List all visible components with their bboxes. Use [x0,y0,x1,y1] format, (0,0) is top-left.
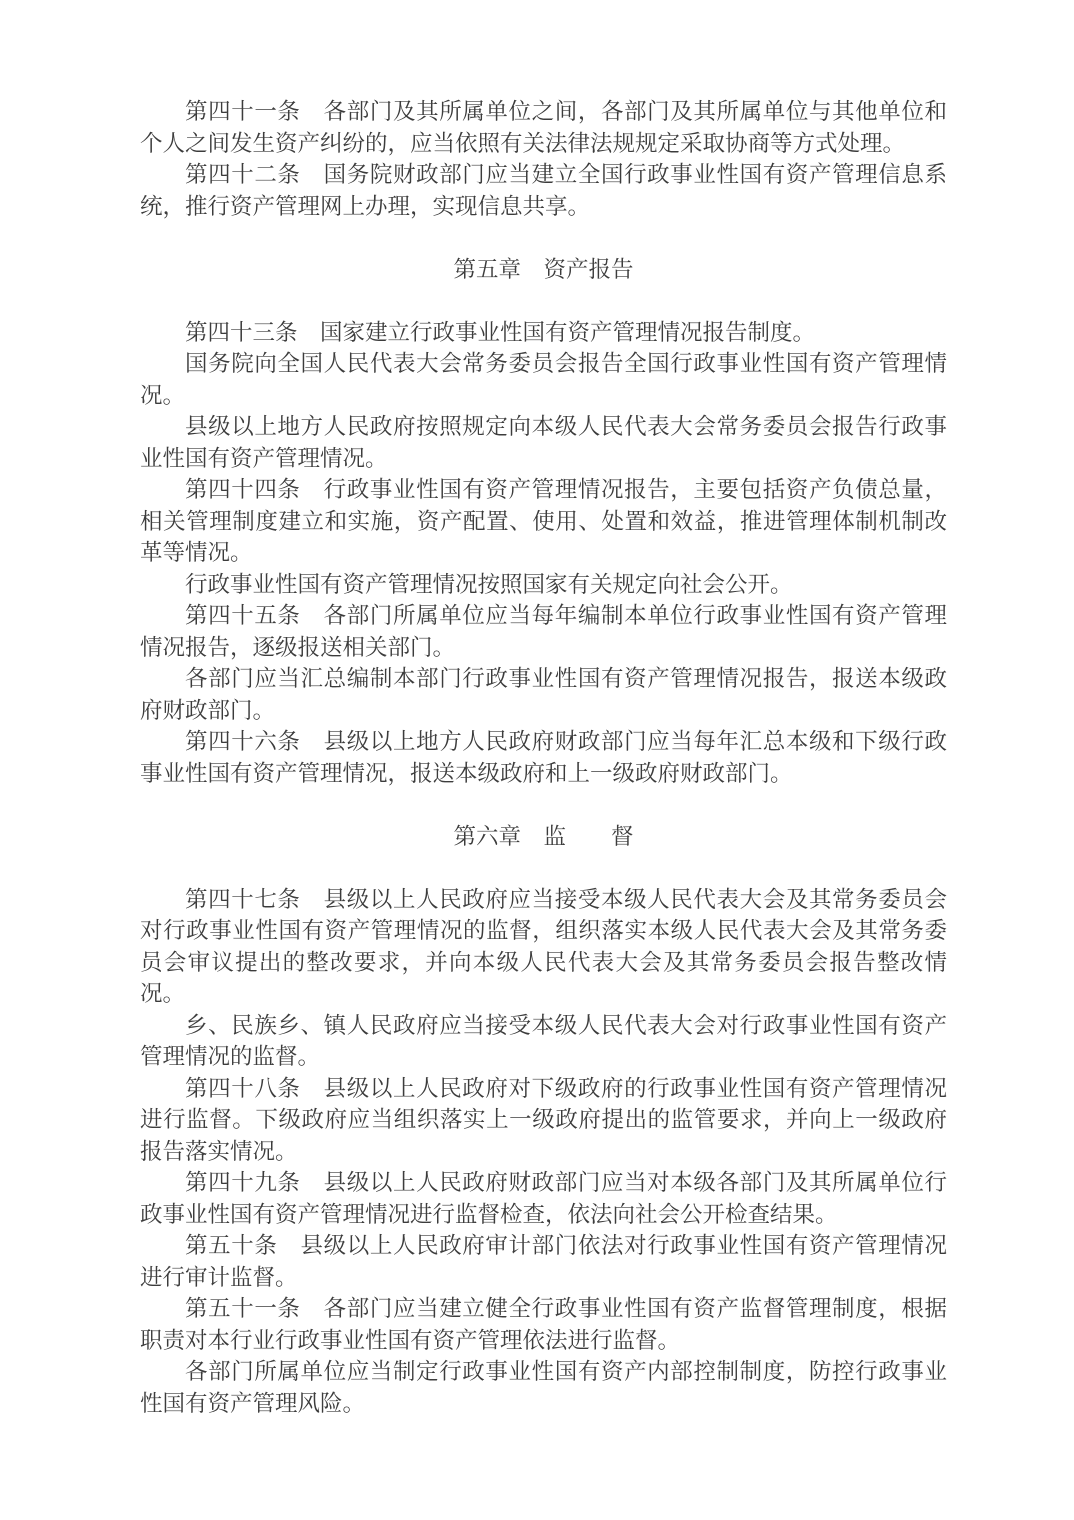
article-47-paragraph-2: 乡、民族乡、镇人民政府应当接受本级人民代表大会对行政事业性国有资产管理情况的监督… [140,1010,947,1073]
article-41-paragraph: 第四十一条 各部门及其所属单位之间，各部门及其所属单位与其他单位和个人之间发生资… [140,96,947,159]
article-46-paragraph: 第四十六条 县级以上地方人民政府财政部门应当每年汇总本级和下级行政事业性国有资产… [140,726,947,789]
article-45-paragraph: 第四十五条 各部门所属单位应当每年编制本单位行政事业性国有资产管理情况报告，逐级… [140,600,947,663]
article-43-paragraph: 第四十三条 国家建立行政事业性国有资产管理情况报告制度。 [140,317,947,349]
chapter-6-heading: 第六章 监 督 [140,821,947,853]
article-43-paragraph-3: 县级以上地方人民政府按照规定向本级人民代表大会常务委员会报告行政事业性国有资产管… [140,411,947,474]
article-44-paragraph: 第四十四条 行政事业性国有资产管理情况报告，主要包括资产负债总量，相关管理制度建… [140,474,947,569]
article-51-paragraph: 第五十一条 各部门应当建立健全行政事业性国有资产监督管理制度，根据职责对本行业行… [140,1293,947,1356]
document-page: 第四十一条 各部门及其所属单位之间，各部门及其所属单位与其他单位和个人之间发生资… [0,0,1074,1520]
article-44-paragraph-2: 行政事业性国有资产管理情况按照国家有关规定向社会公开。 [140,569,947,601]
article-42-paragraph: 第四十二条 国务院财政部门应当建立全国行政事业性国有资产管理信息系统，推行资产管… [140,159,947,222]
article-48-paragraph: 第四十八条 县级以上人民政府对下级政府的行政事业性国有资产管理情况进行监督。下级… [140,1073,947,1168]
article-45-paragraph-2: 各部门应当汇总编制本部门行政事业性国有资产管理情况报告，报送本级政府财政部门。 [140,663,947,726]
article-43-paragraph-2: 国务院向全国人民代表大会常务委员会报告全国行政事业性国有资产管理情况。 [140,348,947,411]
article-50-paragraph: 第五十条 县级以上人民政府审计部门依法对行政事业性国有资产管理情况进行审计监督。 [140,1230,947,1293]
article-49-paragraph: 第四十九条 县级以上人民政府财政部门应当对本级各部门及其所属单位行政事业性国有资… [140,1167,947,1230]
article-51-paragraph-2: 各部门所属单位应当制定行政事业性国有资产内部控制制度，防控行政事业性国有资产管理… [140,1356,947,1419]
chapter-5-heading: 第五章 资产报告 [140,254,947,286]
article-47-paragraph: 第四十七条 县级以上人民政府应当接受本级人民代表大会及其常务委员会对行政事业性国… [140,884,947,1010]
document-body: 第四十一条 各部门及其所属单位之间，各部门及其所属单位与其他单位和个人之间发生资… [140,96,947,1419]
